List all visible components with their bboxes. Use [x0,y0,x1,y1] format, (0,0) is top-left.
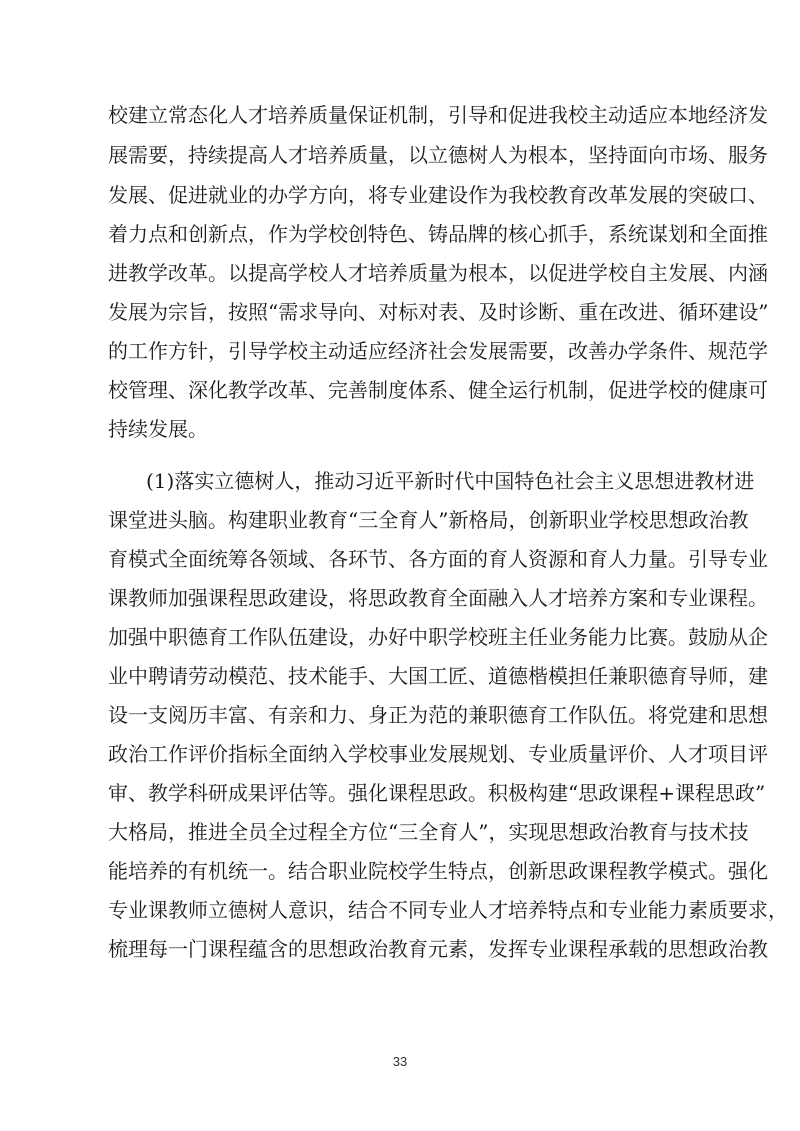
text-line: 持续发展。 [108,414,698,444]
text-line: 展需要，持续提高人才培养质量，以立德树人为根本，坚持面向市场、服务 [108,140,698,170]
text-line: 专业课教师立德树人意识，结合不同专业人才培养特点和专业能力素质要求， [108,895,698,925]
text-line: 发展、促进就业的办学方向，将专业建设作为我校教育改革发展的突破口、 [108,180,698,210]
text-line-paragraph-start: (1)落实立德树人，推动习近平新时代中国特色社会主义思想进教材进 [146,466,698,496]
text-line: 发展为宗旨，按照“需求导向、对标对表、及时诊断、重在改进、循环建设” [108,297,698,327]
text-line: 育模式全面统筹各领域、各环节、各方面的育人资源和育人力量。引导专业 [108,544,698,574]
text-line: 加强中职德育工作队伍建设，办好中职学校班主任业务能力比赛。鼓励从企 [108,622,698,652]
page-number: 33 [0,1054,800,1069]
text-line: 校建立常态化人才培养质量保证机制，引导和促进我校主动适应本地经济发 [108,100,698,130]
text-line: 能培养的有机统一。结合职业院校学生特点，创新思政课程教学模式。强化 [108,856,698,886]
text-line: 业中聘请劳动模范、技术能手、大国工匠、道德楷模担任兼职德育导师，建 [108,661,698,691]
text-line: 梳理每一门课程蕴含的思想政治教育元素，发挥专业课程承载的思想政治教 [108,934,698,964]
text-line: 审、教学科研成果评估等。强化课程思政。积极构建“思政课程+课程思政” [108,778,698,808]
text-line: 课教师加强课程思政建设，将思政教育全面融入人才培养方案和专业课程。 [108,583,698,613]
text-line: 设一支阅历丰富、有亲和力、身正为范的兼职德育工作队伍。将党建和思想 [108,700,698,730]
text-line: 大格局，推进全员全过程全方位“三全育人”，实现思想政治教育与技术技 [108,817,698,847]
text-line: 的工作方针，引导学校主动适应经济社会发展需要，改善办学条件、规范学 [108,336,698,366]
text-line: 进教学改革。以提高学校人才培养质量为根本，以促进学校自主发展、内涵 [108,258,698,288]
text-line: 着力点和创新点，作为学校创特色、铸品牌的核心抓手，系统谋划和全面推 [108,219,698,249]
text-line: 校管理、深化教学改革、完善制度体系、健全运行机制，促进学校的健康可 [108,375,698,405]
document-page: 校建立常态化人才培养质量保证机制，引导和促进我校主动适应本地经济发 展需要，持续… [0,0,800,1131]
text-line: 课堂进头脑。构建职业教育“三全育人”新格局，创新职业学校思想政治教 [108,505,698,535]
text-line: 政治工作评价指标全面纳入学校事业发展规划、专业质量评价、人才项目评 [108,739,698,769]
